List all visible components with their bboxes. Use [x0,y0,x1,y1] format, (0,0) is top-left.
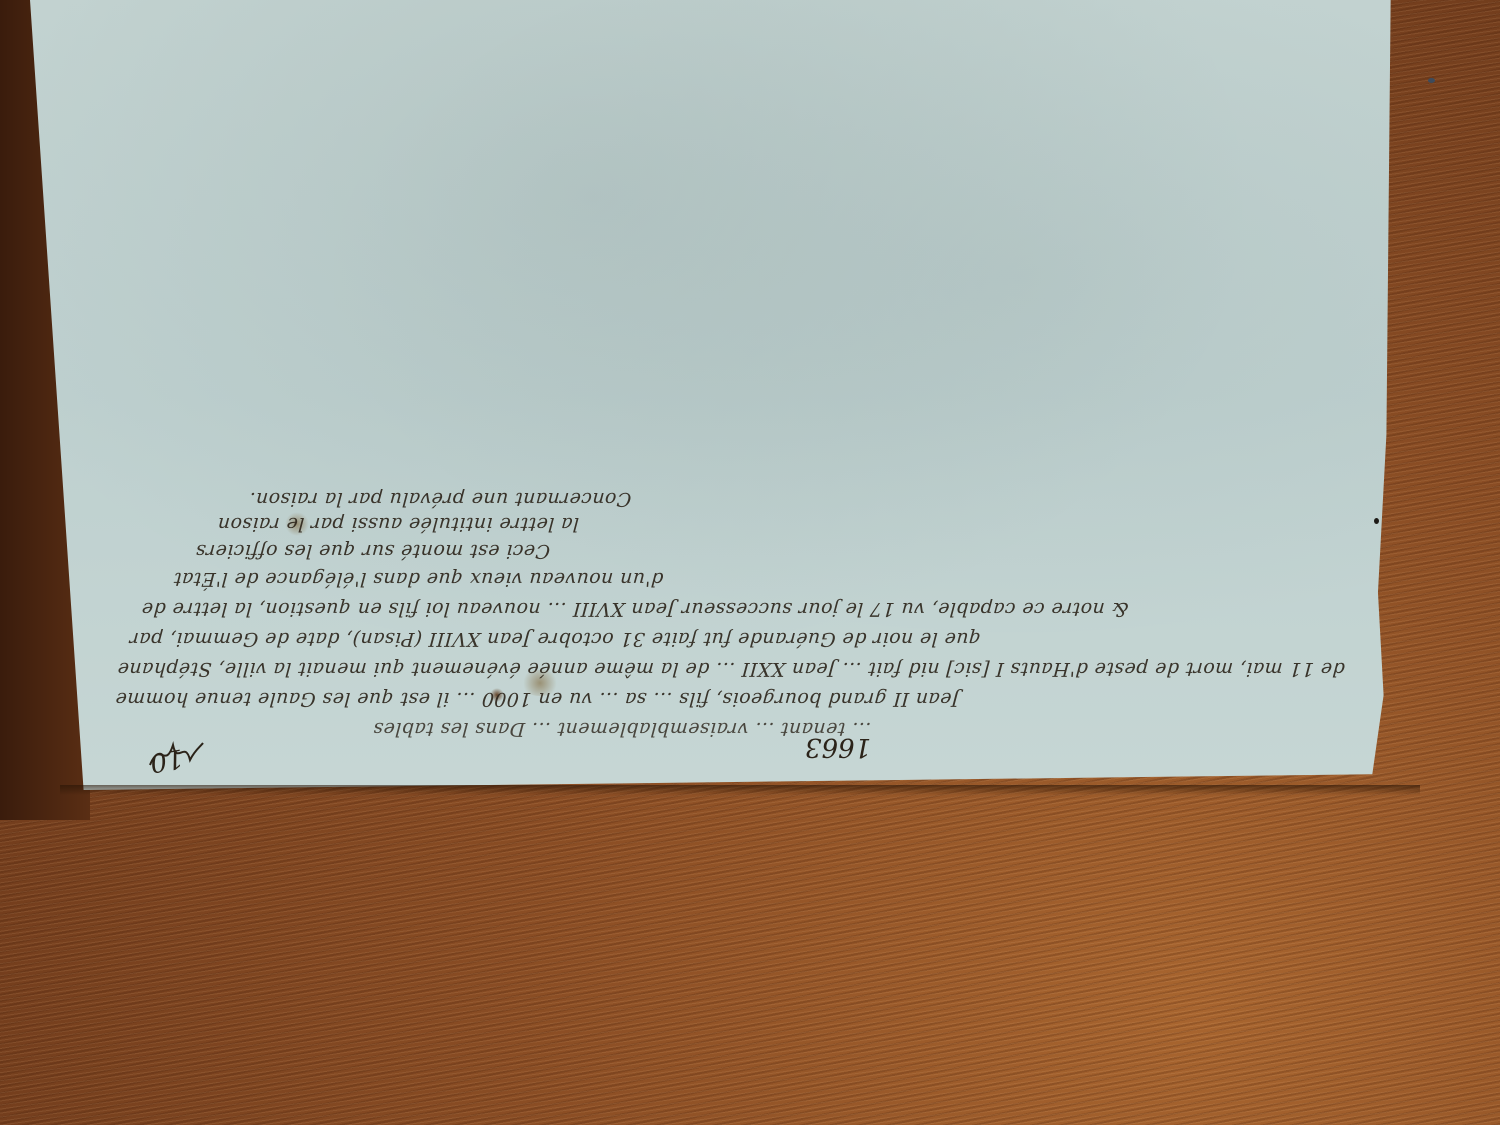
ink-blot [1428,78,1435,83]
handwritten-line: d'un nouveau vieux que dans l'élégance d… [173,568,664,590]
handwritten-line: Concernant une prévalu par la raison. [248,488,632,510]
handwritten-line: de 11 mai, mort de peste d'Hauts I [sic]… [117,658,1346,680]
handwritten-notes: Concernant une prévalu par la raison. la… [110,480,1421,780]
handwritten-line: Jean II grand bourgeois, fils ... sa ...… [114,688,960,710]
signature-flourish-icon [145,735,205,775]
paper-edge-shadow [60,785,1420,795]
handwritten-line: ... tenant ... vraisemblablement ... Dan… [372,718,872,740]
handwritten-line: la lettre intitulée aussi par le raison [217,513,580,535]
handwritten-line: & notre ce capable, vu 17 le jour succes… [141,598,1130,620]
handwritten-line: Ceci est monté sur que les officiers [195,540,551,562]
handwritten-line: que le noir de Guérande fut faite 31 oct… [129,628,982,650]
year-annotation: 1663 [805,732,871,762]
